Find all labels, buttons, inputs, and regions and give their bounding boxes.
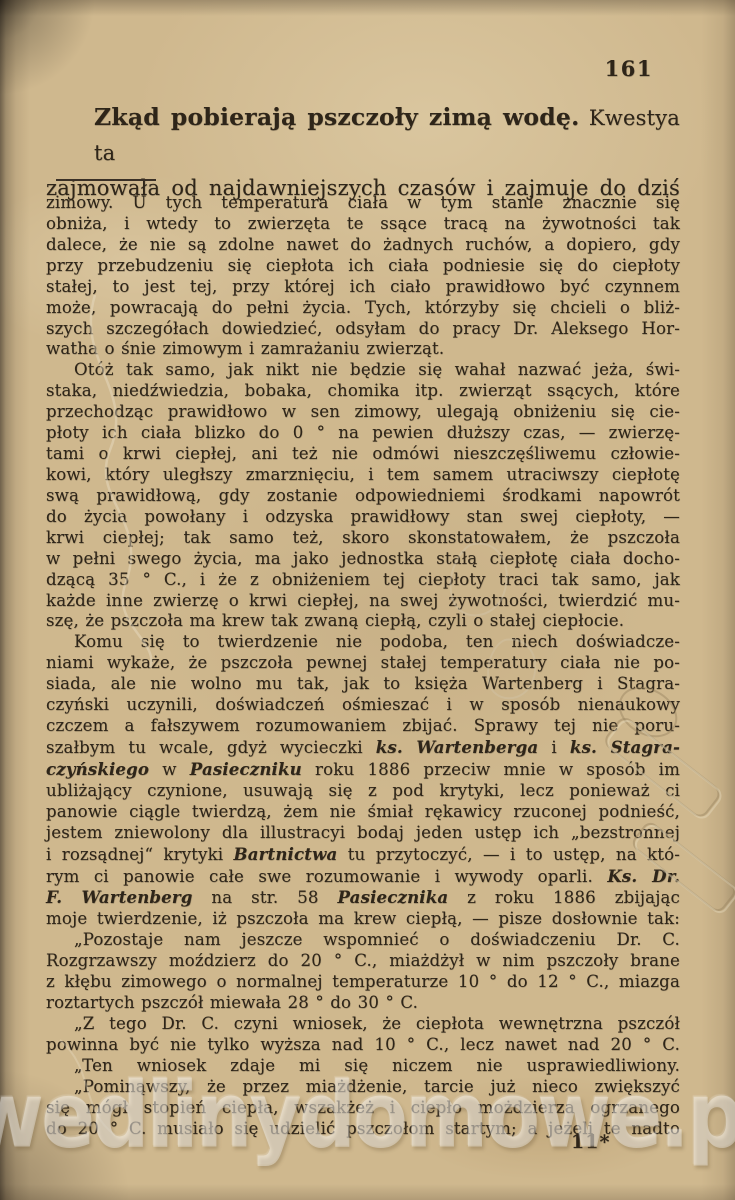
footnote-line: czyński uczynili, doświadczeń ośmieszać … — [46, 695, 680, 716]
scanned-book-page: 161 Zkąd pobierają pszczoły zimą wodę. K… — [0, 0, 735, 1200]
page-number: 161 — [605, 56, 653, 81]
footnote-line: panowie ciągle twierdzą, żem nie śmiał r… — [46, 802, 680, 823]
footnote-line: szych szczegółach dowiedzieć, odsyłam do… — [46, 319, 680, 340]
footnote-line: szę, że pszczoła ma krew tak zwaną ciepł… — [46, 611, 680, 632]
footnote-line: kowi, który uległszy zmarznięciu, i tem … — [46, 465, 680, 486]
footnote-line: płoty ich ciała blizko do 0 ° na pewien … — [46, 423, 680, 444]
footnote-line: F. Wartenberg na str. 58 Pasiecznika z r… — [46, 887, 680, 909]
footnote-line: tami o krwi ciepłej, ani też nie odmówi … — [46, 444, 680, 465]
footnote-line: każde inne zwierzę o krwi ciepłej, na sw… — [46, 591, 680, 612]
footnote-line: swą prawidłową, gdy zostanie odpowiednie… — [46, 486, 680, 507]
footnote-line: „Pominąwszy, że przez miażdżenie, tarcie… — [46, 1077, 680, 1098]
footnote-line: może, powracają do pełni życia. Tych, kt… — [46, 298, 680, 319]
footnote-line: w pełni swego życia, ma jako jednostka s… — [46, 549, 680, 570]
footnote-separator-rule — [56, 179, 156, 181]
footnote-line: siada, ale nie wolno mu tak, jak to księ… — [46, 674, 680, 695]
signature-mark: 11* — [571, 1131, 610, 1153]
footnote-line: ubliżający czynione, usuwają się z pod k… — [46, 781, 680, 802]
footnote-line: niami wykaże, że pszczoła pewnej stałej … — [46, 653, 680, 674]
footnote-line: Rozgrzawszy moździerz do 20 ° C., miażdż… — [46, 951, 680, 972]
footnote-line: „Ten wniosek zdaje mi się niczem nie usp… — [46, 1056, 680, 1077]
footnote-line: powinna być nie tylko wyższa nad 10 ° C.… — [46, 1035, 680, 1056]
footnote-line: watha o śnie zimowym i zamrażaniu zwierz… — [46, 339, 680, 360]
footnote-line: przy przebudzeniu się ciepłota ich ciała… — [46, 256, 680, 277]
footnote-line: z kłębu zimowego o normalnej temperaturz… — [46, 972, 680, 993]
footnote-line: dzącą 35 ° C., i że z obniżeniem tej cie… — [46, 570, 680, 591]
footnote-lines: zimowy. U tych temperatura ciała w tym s… — [46, 193, 680, 1139]
heading-line: Zkąd pobierają pszczoły zimą wodę. Kwest… — [46, 100, 680, 171]
footnote-line: krwi ciepłej; tak samo też, skoro skonst… — [46, 528, 680, 549]
footnote-line: szałbym tu wcale, gdyż wycieczki ks. War… — [46, 737, 680, 759]
opening-paragraph: Zkąd pobierają pszczoły zimą wodę. Kwest… — [46, 100, 680, 206]
footnote-line: „Pozostaje nam jeszcze wspomnieć o doświ… — [46, 930, 680, 951]
footnote-line: „Z tego Dr. C. czyni wniosek, że ciepłot… — [46, 1014, 680, 1035]
footnote-line: zimowy. U tych temperatura ciała w tym s… — [46, 193, 680, 214]
footnote-line: stałej, to jest tej, przy której ich cia… — [46, 277, 680, 298]
footnote-line: czczem a fałszywem rozumowaniem zbijać. … — [46, 716, 680, 737]
footnote-line: przechodząc prawidłowo w sen zimowy, ule… — [46, 402, 680, 423]
footnote-line: roztartych pszczół miewała 28 ° do 30 ° … — [46, 993, 680, 1014]
footnote-line: Komu się to twierdzenie nie podoba, ten … — [46, 632, 680, 653]
footnote-line: moje twierdzenie, iż pszczoła ma krew ci… — [46, 909, 680, 930]
footnote-line: się mógł stopień ciepła, wszakżeż i ciep… — [46, 1098, 680, 1119]
footnote-line: czyńskiego w Pasieczniku roku 1886 przec… — [46, 759, 680, 781]
footnote-line: do życia powołany i odzyska prawidłowy s… — [46, 507, 680, 528]
footnote-line: i rozsądnej“ krytyki Bartnictwa tu przyt… — [46, 844, 680, 866]
footnote-line: jestem zniewolony dla illustracyi bodaj … — [46, 823, 680, 844]
section-heading: Zkąd pobierają pszczoły zimą wodę. — [94, 103, 579, 131]
footnote-line: rym ci panowie całe swe rozumowanie i wy… — [46, 866, 680, 888]
footnote-line: staka, niedźwiedzia, bobaka, chomika itp… — [46, 381, 680, 402]
footnote-line: Otóż tak samo, jak nikt nie będzie się w… — [46, 360, 680, 381]
footnote-line: dalece, że nie są zdolne nawet do żadnyc… — [46, 235, 680, 256]
footnote-line: obniża, i wtedy to zwierzęta te ssące tr… — [46, 214, 680, 235]
